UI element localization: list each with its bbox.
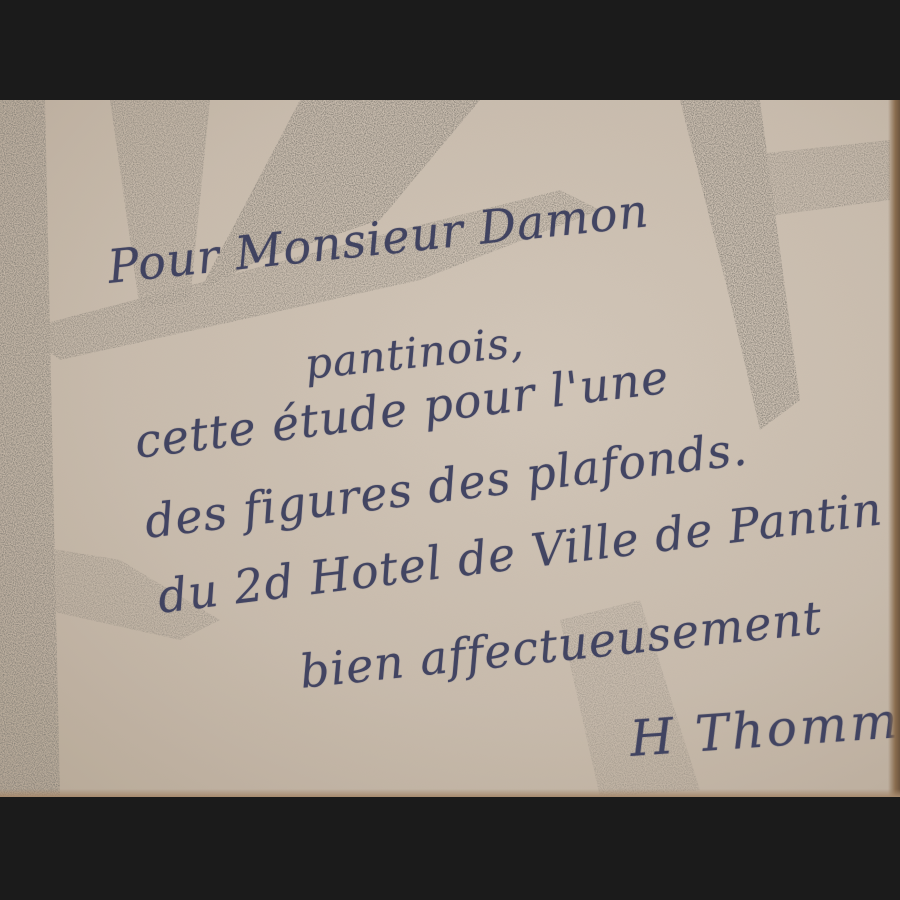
paper-edge-right [888, 100, 900, 797]
photograph-of-handwritten-note: Pour Monsieur Damon pantinois, cette étu… [0, 100, 900, 797]
paper-edge-bottom [0, 789, 900, 797]
